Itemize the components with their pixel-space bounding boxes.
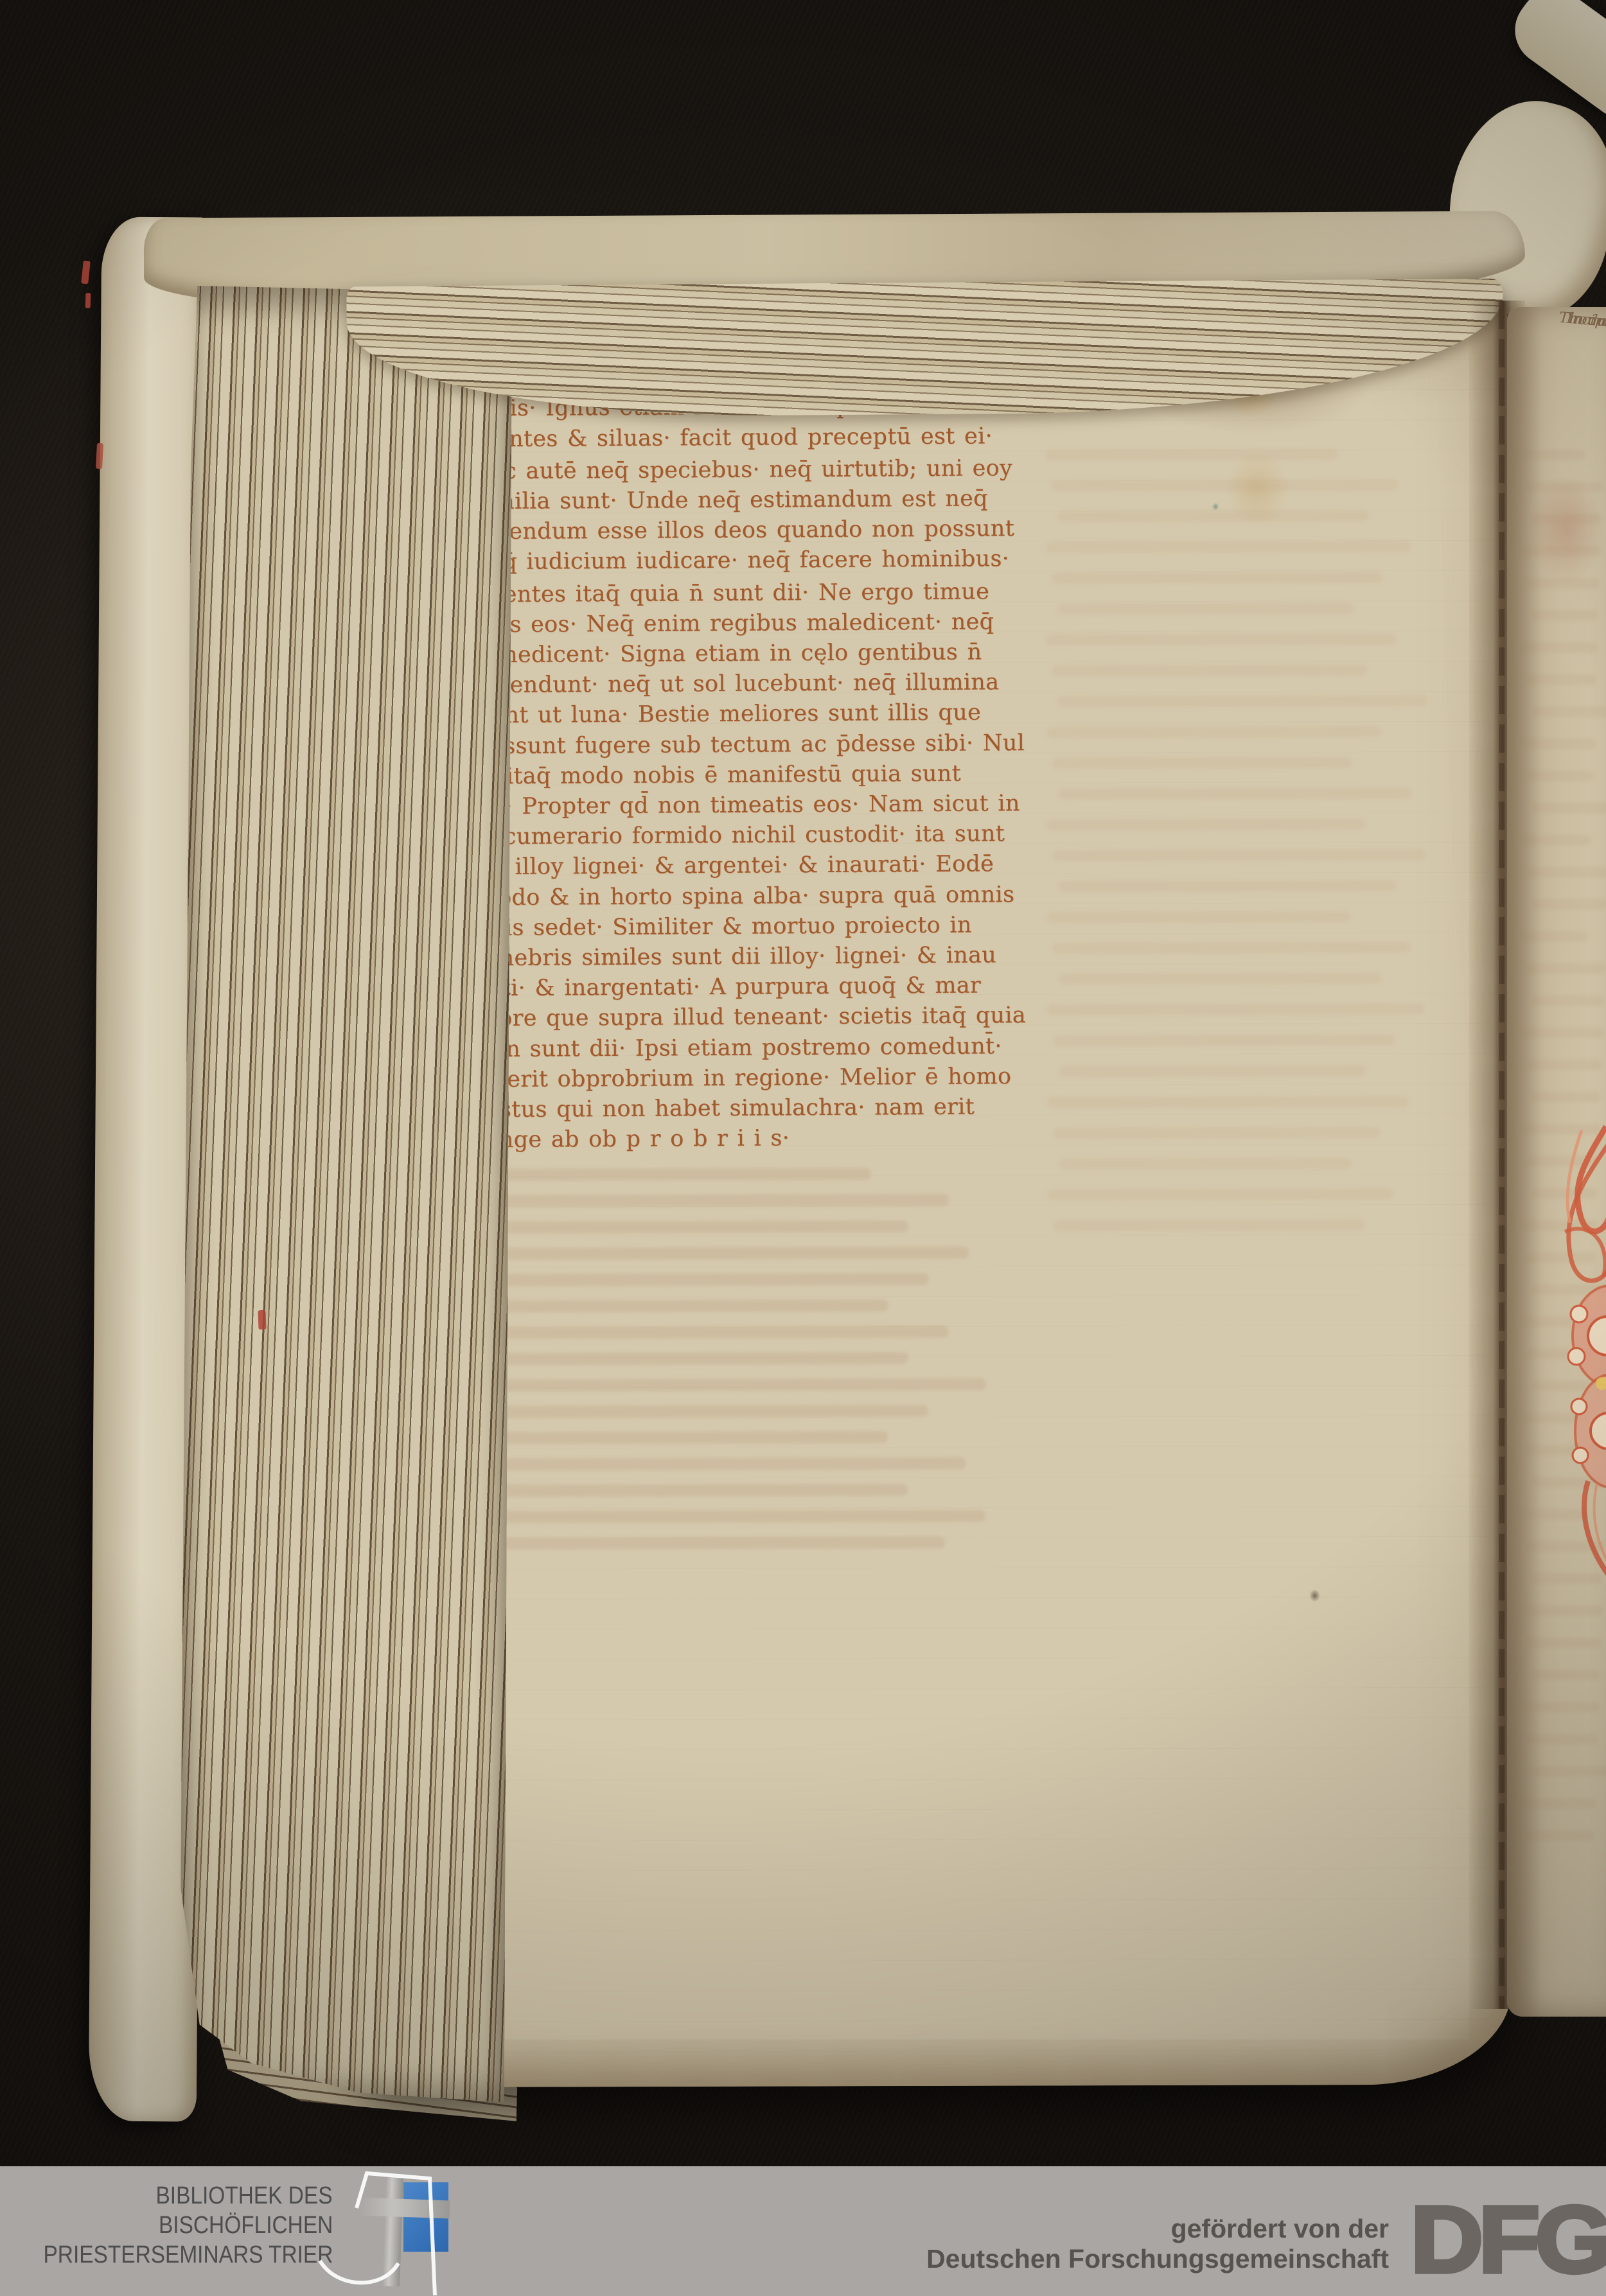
showthrough-row — [1052, 849, 1426, 862]
showthrough-row — [1047, 1188, 1394, 1200]
showthrough-row — [1052, 1034, 1395, 1046]
page-stack-left-edges — [180, 286, 512, 2108]
manuscript-line: cucumerario formido nichil custodit· ita… — [476, 819, 990, 853]
manuscript-line: Scientes itaq̄ quia n̄ sunt dii· Ne ergo… — [464, 575, 989, 610]
showthrough-row — [1058, 1065, 1366, 1077]
showthrough-row — [486, 1194, 949, 1207]
library-name-line: BIBLIOTHEK DES — [156, 2182, 333, 2210]
showthrough-row — [1047, 1096, 1409, 1108]
ink-showthrough-right-column — [1045, 448, 1433, 1251]
showthrough-row — [487, 1431, 888, 1444]
manuscript-line: Hec autē neq̄ speciebus· neq̄ uirtutib; … — [466, 451, 987, 487]
manuscript-line: dii· Propter qd̄ non timeatis eos· Nam s… — [476, 789, 990, 822]
showthrough-row — [1059, 1157, 1352, 1170]
showthrough-row — [1058, 972, 1382, 985]
manuscript-line: possunt fugere sub tectum ac p̄desse sib… — [475, 728, 989, 762]
showthrough-row — [492, 1299, 888, 1313]
manuscript-line: benedicent· Signa etiam in cęlo gentibus… — [475, 637, 989, 670]
manuscript-line: & erit obprobrium in regione· Melior ē h… — [477, 1062, 991, 1095]
funding-credit-line: gefördert von der — [1171, 2214, 1389, 2244]
fore-edge-red-mark — [258, 1310, 266, 1329]
showthrough-row — [1052, 664, 1368, 676]
library-logo-arc-icon — [316, 2256, 403, 2295]
showthrough-row — [481, 1168, 871, 1181]
library-name-line: PRIESTERSEMINARS TRIER — [43, 2241, 333, 2269]
fore-edge-red-mark — [85, 293, 91, 308]
manuscript-line: non sunt dii· Ipsi etiam postremo comedu… — [477, 1031, 991, 1065]
ink-showthrough-lower-block — [481, 1168, 996, 1564]
showthrough-row — [481, 1247, 969, 1260]
showthrough-row — [1051, 479, 1398, 491]
showthrough-row — [1046, 1003, 1424, 1016]
showthrough-row — [1057, 510, 1369, 522]
manuscript-line: lo itaq̄ modo nobis ē manifestū quia sun… — [475, 758, 989, 792]
manuscript-line: ostendunt· neq̄ ut sol lucebunt· neq̄ il… — [475, 668, 989, 701]
showthrough-row — [1052, 942, 1411, 954]
showthrough-row — [481, 1405, 928, 1418]
showthrough-row — [487, 1510, 985, 1523]
showthrough-row — [1057, 695, 1427, 708]
manuscript-line: similia sunt· Unde neq̄ estimandum est n… — [474, 484, 988, 517]
manuscript-line: modo & in horto spina alba· supra quā om… — [476, 880, 990, 913]
showthrough-row — [486, 1273, 928, 1286]
manuscript-line: iustus qui non habet simulachra· nam eri… — [478, 1092, 992, 1125]
manuscript-line: auis sedet· Similiter & mortuo proiecto … — [477, 910, 991, 943]
dfg-logo: DFG — [1411, 2186, 1606, 2294]
decorated-initial-fragment — [1543, 1124, 1606, 1589]
showthrough-row — [1046, 818, 1366, 830]
showthrough-row — [493, 1378, 986, 1392]
manuscript-line: dicendum esse illos deos quando non poss… — [474, 514, 988, 548]
showthrough-row — [1045, 448, 1338, 460]
showthrough-row — [1046, 633, 1397, 645]
manuscript-line: ritis eos· Neq̄ enim regibus maledicent·… — [475, 607, 989, 640]
manuscript-line: longe ab ob p r o b r i i s· — [478, 1123, 992, 1156]
showthrough-row — [1045, 541, 1411, 553]
showthrough-row — [1046, 726, 1381, 738]
manuscript-line: dii illoy lignei· & argentei· & inaurati… — [476, 850, 990, 883]
showthrough-row — [1046, 911, 1351, 923]
showthrough-row — [493, 1536, 945, 1550]
manuscript-scan-page: 75 quibus cum imperatū fuerit a d̄o p̄am… — [0, 0, 1606, 2296]
showthrough-row — [487, 1352, 908, 1365]
fore-edge-red-mark — [96, 443, 103, 469]
showthrough-row — [1053, 1219, 1365, 1231]
showthrough-row — [493, 1457, 966, 1471]
manuscript-line: rati· & inargentati· A purpura quoq̄ & m… — [477, 971, 991, 1004]
annotation-line: in dnō — [1568, 308, 1606, 334]
manuscript-left-page: 75 quibus cum imperatū fuerit a d̄o p̄am… — [354, 299, 1512, 2088]
showthrough-row — [481, 1484, 908, 1497]
manuscript-line: tenebris similes sunt dii illoy· lignei·… — [477, 940, 991, 974]
showthrough-row — [492, 1220, 908, 1234]
showthrough-row — [1058, 880, 1397, 892]
manuscript-text-block: quibus cum imperatū fuerit a d̄o p̄ambul… — [473, 330, 992, 1155]
showthrough-row — [481, 1326, 949, 1339]
manuscript-line: montes & siluas· facit quod preceptū est… — [473, 421, 987, 455]
manuscript-line: neq̄ iudicium iudicare· neq̄ facere homi… — [474, 545, 988, 578]
library-name-line: BISCHÖFLICHEN — [159, 2212, 333, 2239]
showthrough-row — [1052, 757, 1352, 769]
showthrough-row — [1057, 787, 1412, 800]
funding-credit-line: Deutschen Forschungsgemeinschaft — [926, 2244, 1389, 2274]
showthrough-row — [1057, 602, 1354, 615]
manuscript-line: bunt ut luna· Bestie meliores sunt illis… — [475, 698, 989, 732]
manuscript-line: more que supra illud teneant· scietis it… — [477, 1001, 991, 1035]
showthrough-row — [1051, 572, 1382, 584]
showthrough-row — [1053, 1126, 1381, 1139]
